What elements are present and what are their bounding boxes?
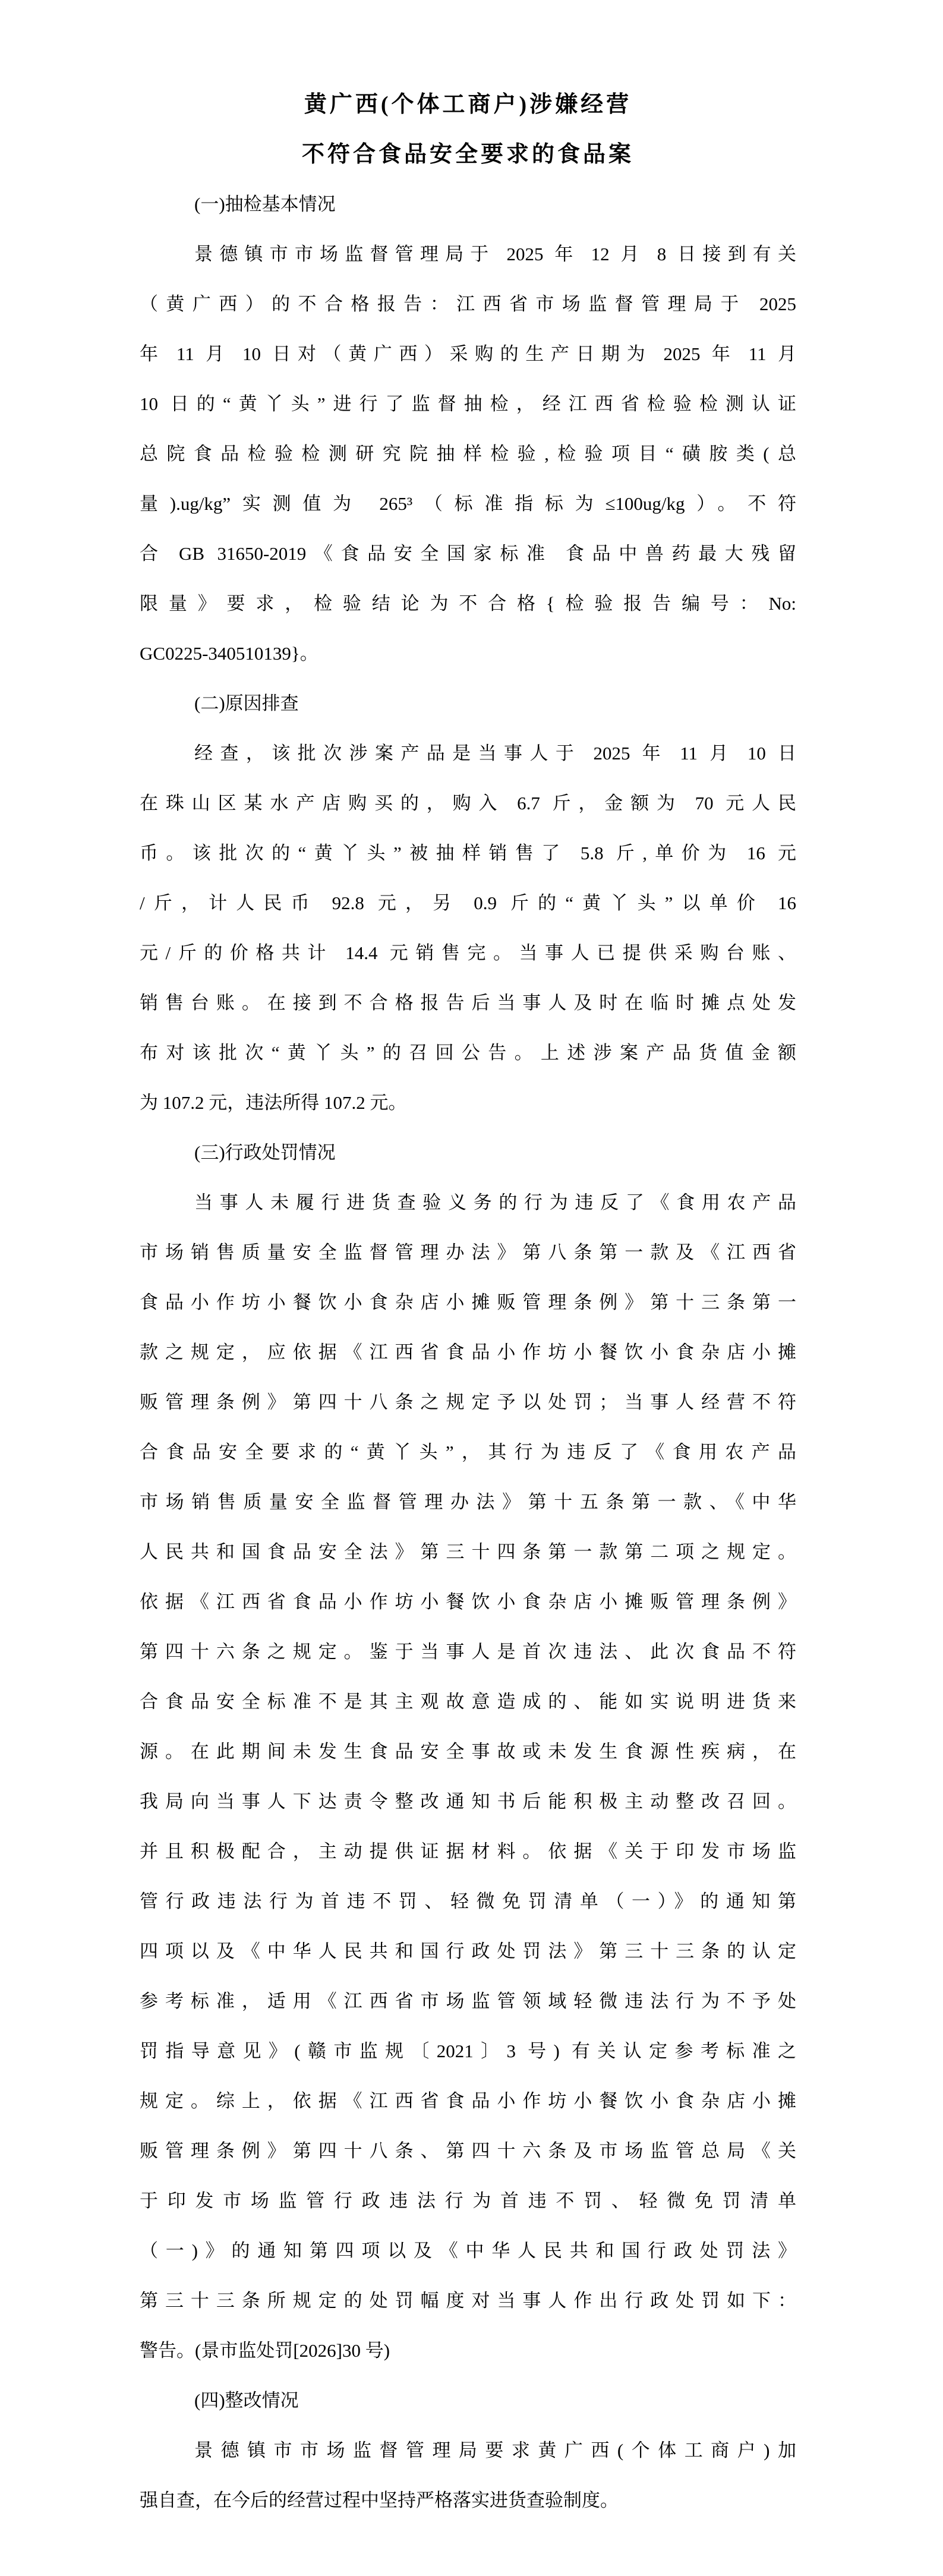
section-heading: (三)行政处罚情况 <box>140 1128 796 1178</box>
document-line: 贩管理条例》第四十八条、第四十六条及市场监管总局《关 <box>140 2126 796 2176</box>
document-line: 当事人未履行进货查验义务的行为违反了《食用农产品 <box>140 1178 796 1228</box>
document-line: 规定。综上，依据《江西省食品小作坊小餐饮小食杂店小摊 <box>140 2076 796 2126</box>
document-line: /斤，计人民币 92.8 元，另 0.9 斤的“黄丫头”以单价 16 <box>140 878 796 928</box>
document-line: 我局向当事人下达责令整改通知书后能积极主动整改召回。 <box>140 1777 796 1827</box>
document-line: 景德镇市市场监督管理局于 2025 年 12 月 8 日接到有关 <box>140 229 796 279</box>
document-line: 食品小作坊小餐饮小食杂店小摊贩管理条例》第十三条第一 <box>140 1278 796 1328</box>
section-heading: (四)整改情况 <box>140 2376 796 2426</box>
document-line: 强自查，在今后的经营过程中坚持严格落实进货查验制度。 <box>140 2476 796 2525</box>
document-line: 第三十三条所规定的处罚幅度对当事人作出行政处罚如下： <box>140 2276 796 2326</box>
document-line: 款之规定，应依据《江西省食品小作坊小餐饮小食杂店小摊 <box>140 1328 796 1377</box>
document-line: 总院食品检验检测研究院抽样检验,检验项目“磺胺类(总 <box>140 429 796 479</box>
document-line: 合 GB 31650-2019《食品安全国家标准 食品中兽药最大残留 <box>140 529 796 579</box>
document-line: 币。该批次的“黄丫头”被抽样销售了 5.8 斤,单价为 16 元 <box>140 828 796 878</box>
document-line: 市场销售质量安全监督管理办法》第十五条第一款、《中华 <box>140 1477 796 1527</box>
document-line: 合食品安全标准不是其主观故意造成的、能如实说明进货来 <box>140 1677 796 1727</box>
document-line: 年 11 月 10 日对（黄广西）采购的生产日期为 2025 年 11 月 <box>140 329 796 379</box>
section-heading: (一)抽检基本情况 <box>140 179 796 229</box>
document-line: （一)》的通知第四项以及《中华人民共和国行政处罚法》 <box>140 2226 796 2276</box>
document-title-line: 黄广西(个体工商户)涉嫌经营 <box>140 80 796 130</box>
document-line: 警告。(景市监处罚[2026]30 号) <box>140 2326 796 2376</box>
document-line: 参考标准，适用《江西省市场监管领域轻微违法行为不予处 <box>140 1976 796 2026</box>
document-title-line: 不符合食品安全要求的食品案 <box>140 130 796 179</box>
document-line: 量).ug/kg”实测值为 265³（标准指标为≤100ug/kg）。不符 <box>140 479 796 529</box>
document-line: 经查，该批次涉案产品是当事人于 2025 年 11 月 10 日 <box>140 729 796 778</box>
document-line: 市场销售质量安全监督管理办法》第八条第一款及《江西省 <box>140 1228 796 1278</box>
document-line: （黄广西）的不合格报告：江西省市场监督管理局于 2025 <box>140 279 796 329</box>
document-line: 贩管理条例》第四十八条之规定予以处罚；当事人经营不符 <box>140 1377 796 1427</box>
document-line: 罚指导意见》(赣市监规〔2021〕3 号) 有关认定参考标准之 <box>140 2026 796 2076</box>
document-line: 四项以及《中华人民共和国行政处罚法》第三十三条的认定 <box>140 1927 796 1976</box>
document-line: GC0225-340510139}。 <box>140 629 796 679</box>
document-line: 人民共和国食品安全法》第三十四条第一款第二项之规定。 <box>140 1527 796 1577</box>
document-line: 依据《江西省食品小作坊小餐饮小食杂店小摊贩管理条例》 <box>140 1577 796 1627</box>
section-heading: (二)原因排查 <box>140 679 796 729</box>
document-line: 合食品安全要求的“黄丫头”，其行为违反了《食用农产品 <box>140 1427 796 1477</box>
document-line: 在珠山区某水产店购买的，购入 6.7 斤，金额为 70 元人民 <box>140 778 796 828</box>
document-line: 于印发市场监管行政违法行为首违不罚、轻微免罚清单 <box>140 2176 796 2226</box>
document-line: 景德镇市市场监督管理局要求黄广西(个体工商户)加 <box>140 2426 796 2476</box>
document-line: 管行政违法行为首违不罚、轻微免罚清单（一）》的通知第 <box>140 1877 796 1927</box>
document-line: 为 107.2 元，违法所得 107.2 元。 <box>140 1078 796 1128</box>
document-line: 销售台账。在接到不合格报告后当事人及时在临时摊点处发 <box>140 978 796 1028</box>
document-line: 并且积极配合，主动提供证据材料。依据《关于印发市场监 <box>140 1827 796 1877</box>
document-line: 布对该批次“黄丫头”的召回公告。上述涉案产品货值金额 <box>140 1028 796 1078</box>
penalty-case-document-page: 黄广西(个体工商户)涉嫌经营不符合食品安全要求的食品案(一)抽检基本情况景德镇市… <box>0 0 943 2576</box>
document-line: 源。在此期间未发生食品安全事故或未发生食源性疾病，在 <box>140 1727 796 1777</box>
document-line: 元/斤的价格共计 14.4 元销售完。当事人已提供采购台账、 <box>140 928 796 978</box>
document-line: 限量》要求，检验结论为不合格{检验报告编号：No: <box>140 579 796 629</box>
document-line: 第四十六条之规定。鉴于当事人是首次违法、此次食品不符 <box>140 1627 796 1677</box>
document-line: 10 日的“黄丫头”进行了监督抽检，经江西省检验检测认证 <box>140 379 796 429</box>
document-body: 黄广西(个体工商户)涉嫌经营不符合食品安全要求的食品案(一)抽检基本情况景德镇市… <box>0 0 943 2525</box>
